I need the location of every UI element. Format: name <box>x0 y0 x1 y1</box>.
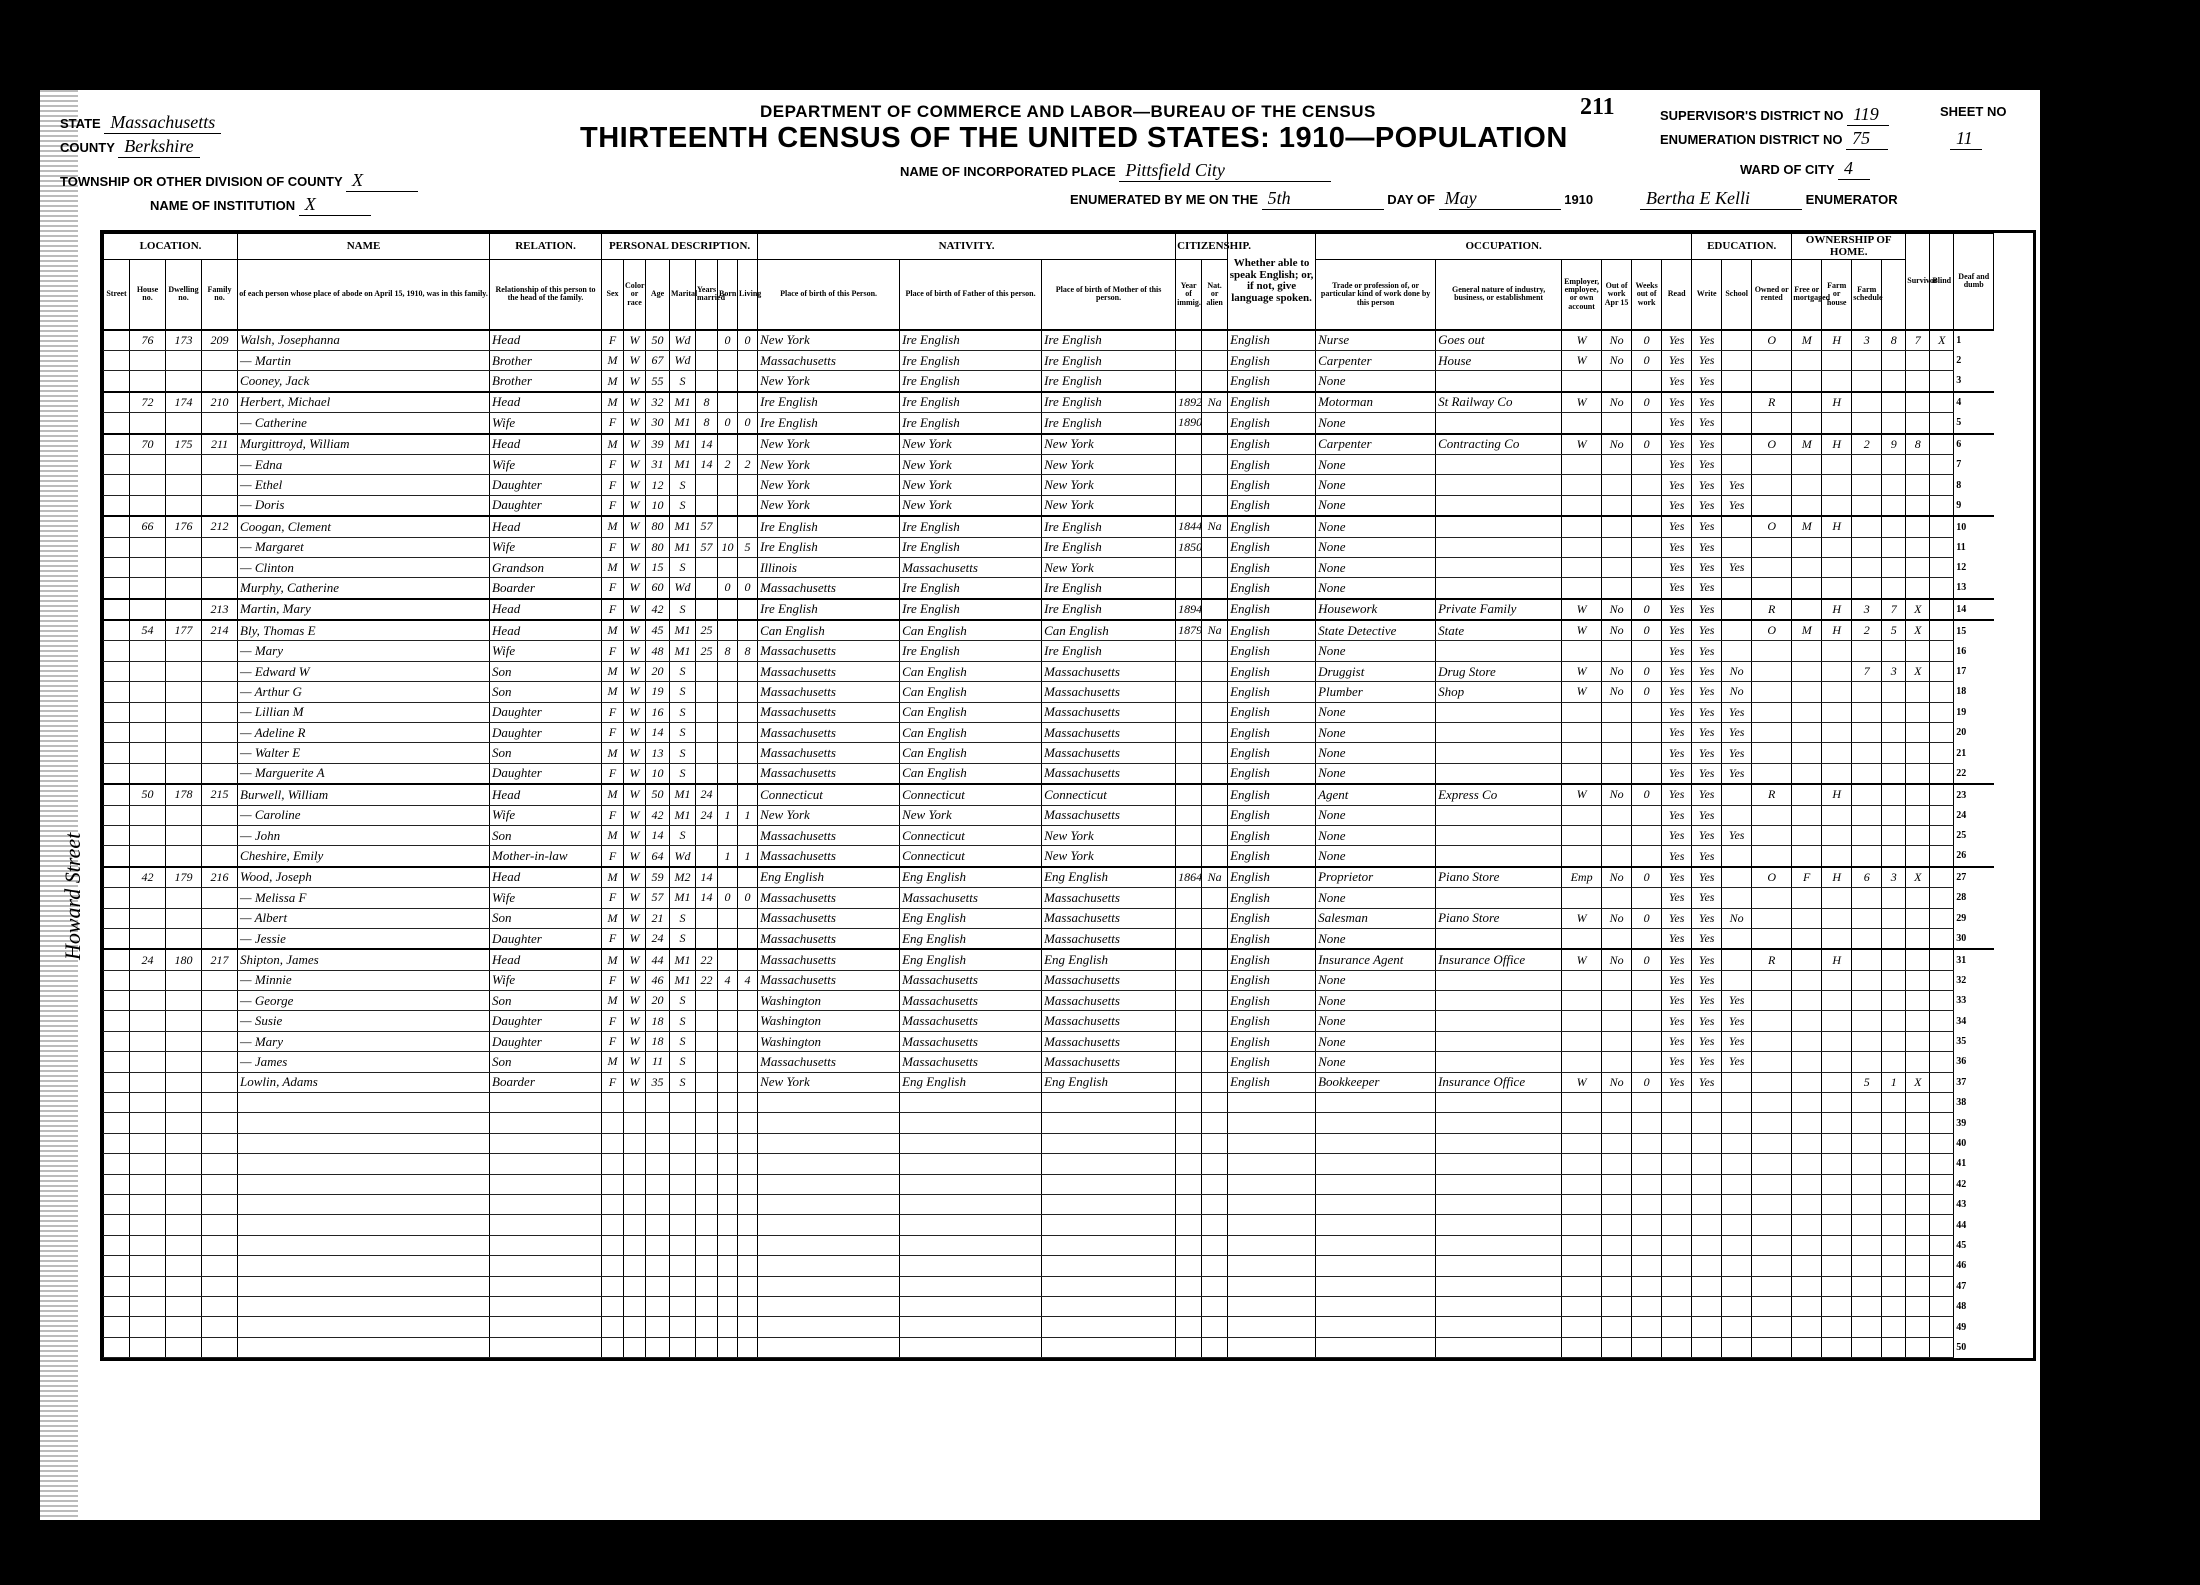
cell-class: Emp <box>1562 867 1602 888</box>
line-number: 24 <box>1954 805 1994 825</box>
cell-age: 57 <box>646 888 670 908</box>
cell-race: W <box>624 557 646 577</box>
cell-immig <box>1176 350 1202 370</box>
cell-lang: English <box>1228 537 1316 557</box>
cell-immig <box>1176 1337 1202 1357</box>
cell-write <box>1692 1337 1722 1357</box>
cell-read: Yes <box>1662 682 1692 702</box>
cell-nat <box>1202 1296 1228 1316</box>
cell-c33 <box>1930 763 1954 784</box>
cell-house <box>130 578 166 599</box>
cell-born <box>718 723 738 743</box>
cell-nat <box>1202 1052 1228 1072</box>
cell-mother: New York <box>1042 825 1176 845</box>
cell-years: 8 <box>696 413 718 434</box>
state-field: STATE Massachusetts <box>60 112 221 134</box>
cell-born <box>718 1011 738 1031</box>
cell-free: F <box>1792 867 1822 888</box>
cell-family <box>202 371 238 392</box>
cell-immig <box>1176 1133 1202 1153</box>
line-number: 13 <box>1954 578 1994 599</box>
cell-trade: None <box>1316 723 1436 743</box>
cell-house <box>1822 970 1852 990</box>
line-number: 4 <box>1954 392 1994 413</box>
cell-born <box>718 1215 738 1235</box>
cell-father <box>900 1154 1042 1174</box>
cell-dwelling <box>166 846 202 867</box>
cell-living: 0 <box>738 413 758 434</box>
cell-house <box>130 743 166 763</box>
cell-c31: 5 <box>1882 620 1906 641</box>
cell-out <box>1602 1195 1632 1215</box>
table-row: 42179216Wood, JosephHeadMW59M214Eng Engl… <box>104 867 2034 888</box>
cell-trade: None <box>1316 763 1436 784</box>
cell-class <box>1562 641 1602 661</box>
cell-trade: Plumber <box>1316 682 1436 702</box>
cell-farm <box>1852 1337 1882 1357</box>
cell-immig <box>1176 578 1202 599</box>
cell-nat <box>1202 1031 1228 1051</box>
cell-sex: M <box>602 350 624 370</box>
cell-industry <box>1436 1031 1562 1051</box>
cell-c32 <box>1906 805 1930 825</box>
cell-farm <box>1852 557 1882 577</box>
cell-marital: Wd <box>670 578 696 599</box>
cell-own <box>1752 825 1792 845</box>
cell-write: Yes <box>1692 743 1722 763</box>
cell-living <box>738 682 758 702</box>
cell-relation: Daughter <box>490 475 602 495</box>
cell-family <box>202 1093 238 1113</box>
cell-street <box>104 702 130 722</box>
cell-school <box>1722 1093 1752 1113</box>
cell-write: Yes <box>1692 763 1722 784</box>
cell-out <box>1602 537 1632 557</box>
cell-race: W <box>624 475 646 495</box>
cell-farm <box>1852 1256 1882 1276</box>
cell-house <box>130 350 166 370</box>
cell-c31 <box>1882 846 1906 867</box>
cell-dwelling <box>166 825 202 845</box>
cell-lang <box>1228 1256 1316 1276</box>
cell-school <box>1722 392 1752 413</box>
cell-c33 <box>1930 784 1954 805</box>
cell-lang: English <box>1228 991 1316 1011</box>
cell-out <box>1602 1093 1632 1113</box>
cell-sex <box>602 1256 624 1276</box>
cell-father: Massachusetts <box>900 1011 1042 1031</box>
cell-free <box>1792 805 1822 825</box>
cell-c31 <box>1882 537 1906 557</box>
cell-c32 <box>1906 928 1930 949</box>
cell-race: W <box>624 908 646 928</box>
cell-relation <box>490 1113 602 1133</box>
cell-farm <box>1852 1235 1882 1255</box>
cell-born: 0 <box>718 578 738 599</box>
cell-marital <box>670 1113 696 1133</box>
cell-write: Yes <box>1692 661 1722 681</box>
cell-school <box>1722 1235 1752 1255</box>
cell-nat <box>1202 557 1228 577</box>
cell-trade: None <box>1316 557 1436 577</box>
cell-school <box>1722 434 1752 455</box>
line-number: 33 <box>1954 991 1994 1011</box>
cell-own <box>1752 641 1792 661</box>
table-row: 49 <box>104 1317 2034 1337</box>
cell-living: 0 <box>738 578 758 599</box>
cell-trade <box>1316 1256 1436 1276</box>
cell-street <box>104 743 130 763</box>
cell-father <box>900 1133 1042 1153</box>
cell-lang: English <box>1228 784 1316 805</box>
cell-out <box>1602 1317 1632 1337</box>
cell-immig <box>1176 1072 1202 1092</box>
table-row: 44 <box>104 1215 2034 1235</box>
cell-birth: Washington <box>758 1011 900 1031</box>
cell-c32: X <box>1906 620 1930 641</box>
cell-house <box>1822 825 1852 845</box>
cell-free <box>1792 392 1822 413</box>
cell-age: 14 <box>646 723 670 743</box>
cell-family <box>202 661 238 681</box>
cell-c31: 7 <box>1882 599 1906 620</box>
cell-years: 24 <box>696 805 718 825</box>
cell-family: 217 <box>202 949 238 970</box>
cell-marital: M1 <box>670 641 696 661</box>
cell-sex: M <box>602 371 624 392</box>
cell-birth: Massachusetts <box>758 928 900 949</box>
cell-own <box>1752 702 1792 722</box>
cell-trade: Motorman <box>1316 392 1436 413</box>
cell-out <box>1602 1337 1632 1357</box>
cell-house <box>1822 928 1852 949</box>
cell-write: Yes <box>1692 867 1722 888</box>
cell-mother: Ire English <box>1042 578 1176 599</box>
cell-sex: M <box>602 392 624 413</box>
cell-house <box>130 661 166 681</box>
cell-nat <box>1202 537 1228 557</box>
cell-family <box>202 991 238 1011</box>
cell-family <box>202 537 238 557</box>
col-trade: Trade or profession of, or particular ki… <box>1316 260 1436 330</box>
cell-sex: F <box>602 928 624 949</box>
cell-read: Yes <box>1662 475 1692 495</box>
cell-age <box>646 1296 670 1316</box>
cell-street <box>104 949 130 970</box>
cell-marital: M1 <box>670 454 696 474</box>
cell-read: Yes <box>1662 434 1692 455</box>
cell-mother: Massachusetts <box>1042 928 1176 949</box>
cell-father <box>900 1296 1042 1316</box>
cell-living <box>738 661 758 681</box>
cell-name: — Jessie <box>238 928 490 949</box>
cell-age: 18 <box>646 1031 670 1051</box>
page-number: 211 <box>1580 94 1615 121</box>
cell-nat <box>1202 1256 1228 1276</box>
cell-write <box>1692 1113 1722 1133</box>
cell-living <box>738 557 758 577</box>
cell-race: W <box>624 763 646 784</box>
table-row: 38 <box>104 1093 2034 1113</box>
cell-c33 <box>1930 371 1954 392</box>
cell-school <box>1722 1337 1752 1357</box>
cell-lang: English <box>1228 867 1316 888</box>
cell-birth: Illinois <box>758 557 900 577</box>
cell-relation: Boarder <box>490 578 602 599</box>
cell-race <box>624 1317 646 1337</box>
cell-trade: Agent <box>1316 784 1436 805</box>
cell-lang: English <box>1228 599 1316 620</box>
table-row: 43 <box>104 1195 2034 1215</box>
cell-out: No <box>1602 867 1632 888</box>
cell-marital: M1 <box>670 620 696 641</box>
cell-out <box>1602 1113 1632 1133</box>
cell-read: Yes <box>1662 846 1692 867</box>
cell-lang: English <box>1228 434 1316 455</box>
enumeration-district: ENUMERATION DISTRICT NO 75 <box>1660 128 1888 150</box>
cell-house: H <box>1822 784 1852 805</box>
cell-house <box>1822 702 1852 722</box>
cell-trade: None <box>1316 371 1436 392</box>
cell-read: Yes <box>1662 763 1692 784</box>
cell-write: Yes <box>1692 1072 1722 1092</box>
cell-nat <box>1202 825 1228 845</box>
cell-farm <box>1852 702 1882 722</box>
cell-mother <box>1042 1276 1176 1296</box>
cell-immig: 1879 <box>1176 620 1202 641</box>
cell-industry <box>1436 1276 1562 1296</box>
cell-free <box>1792 784 1822 805</box>
col-farm-schedule: Farm schedule <box>1852 260 1882 330</box>
cell-immig <box>1176 1031 1202 1051</box>
cell-sex <box>602 1133 624 1153</box>
cell-sex: F <box>602 970 624 990</box>
cell-dwelling <box>166 763 202 784</box>
cell-trade: None <box>1316 516 1436 537</box>
cell-c32: 7 <box>1906 330 1930 351</box>
line-number: 34 <box>1954 1011 1994 1031</box>
cell-read: Yes <box>1662 1052 1692 1072</box>
cell-house <box>130 1317 166 1337</box>
cell-name: — Doris <box>238 495 490 516</box>
cell-name <box>238 1133 490 1153</box>
col-marital: Marital <box>670 260 696 330</box>
cell-immig <box>1176 641 1202 661</box>
cell-sex: F <box>602 413 624 434</box>
cell-immig: 1892 <box>1176 392 1202 413</box>
cell-marital <box>670 1215 696 1235</box>
cell-father: Eng English <box>900 908 1042 928</box>
cell-read: Yes <box>1662 991 1692 1011</box>
cell-birth <box>758 1317 900 1337</box>
cell-born <box>718 867 738 888</box>
cell-marital: M1 <box>670 392 696 413</box>
cell-house <box>130 723 166 743</box>
cell-relation: Head <box>490 949 602 970</box>
enumeration-date: ENUMERATED BY ME ON THE 5th DAY OF May 1… <box>1070 188 1593 210</box>
cell-read <box>1662 1195 1692 1215</box>
line-number: 2 <box>1954 350 1994 370</box>
cell-trade: None <box>1316 1052 1436 1072</box>
cell-relation: Grandson <box>490 557 602 577</box>
cell-house <box>1822 1154 1852 1174</box>
cell-house <box>1822 1174 1852 1194</box>
line-number: 29 <box>1954 908 1994 928</box>
line-number: 44 <box>1954 1215 1994 1235</box>
cell-lang: English <box>1228 454 1316 474</box>
cell-race: W <box>624 495 646 516</box>
cell-read <box>1662 1215 1692 1235</box>
cell-marital: Wd <box>670 330 696 351</box>
cell-dwelling <box>166 1296 202 1316</box>
cell-living <box>738 1296 758 1316</box>
cell-school <box>1722 1113 1752 1133</box>
cell-dwelling <box>166 1235 202 1255</box>
cell-write <box>1692 1296 1722 1316</box>
line-number: 28 <box>1954 888 1994 908</box>
cell-c31 <box>1882 1052 1906 1072</box>
cell-father: Connecticut <box>900 784 1042 805</box>
cell-c32 <box>1906 1215 1930 1235</box>
cell-sex <box>602 1296 624 1316</box>
cell-sex <box>602 1215 624 1235</box>
cell-father <box>900 1174 1042 1194</box>
cell-lang <box>1228 1154 1316 1174</box>
cell-trade: None <box>1316 846 1436 867</box>
cell-c31: 9 <box>1882 434 1906 455</box>
cell-living <box>738 825 758 845</box>
cell-school: Yes <box>1722 1052 1752 1072</box>
cell-read: Yes <box>1662 702 1692 722</box>
cell-read: Yes <box>1662 454 1692 474</box>
table-row: — ClintonGrandsonMW15SIllinoisMassachuse… <box>104 557 2034 577</box>
cell-c32 <box>1906 908 1930 928</box>
cell-age: 39 <box>646 434 670 455</box>
cell-school: Yes <box>1722 743 1752 763</box>
cell-free <box>1792 661 1822 681</box>
cell-street <box>104 641 130 661</box>
cell-c31 <box>1882 392 1906 413</box>
cell-age: 13 <box>646 743 670 763</box>
cell-house: H <box>1822 330 1852 351</box>
cell-house <box>130 1235 166 1255</box>
cell-mother <box>1042 1337 1176 1357</box>
cell-age: 14 <box>646 825 670 845</box>
cell-relation <box>490 1235 602 1255</box>
cell-born <box>718 1154 738 1174</box>
cell-farm <box>1852 928 1882 949</box>
cell-house <box>1822 454 1852 474</box>
cell-relation <box>490 1296 602 1316</box>
cell-mother: Massachusetts <box>1042 682 1176 702</box>
cell-years <box>696 599 718 620</box>
cell-born: 1 <box>718 846 738 867</box>
cell-out <box>1602 516 1632 537</box>
cell-marital: S <box>670 763 696 784</box>
cell-sex <box>602 1154 624 1174</box>
cell-free <box>1792 1195 1822 1215</box>
cell-farm <box>1852 1093 1882 1113</box>
cell-family: 211 <box>202 434 238 455</box>
cell-house <box>1822 371 1852 392</box>
cell-years <box>696 1011 718 1031</box>
cell-write: Yes <box>1692 578 1722 599</box>
cell-relation: Head <box>490 516 602 537</box>
cell-years <box>696 1296 718 1316</box>
cell-class <box>1562 1133 1602 1153</box>
cell-marital: S <box>670 495 696 516</box>
cell-write: Yes <box>1692 330 1722 351</box>
cell-industry <box>1436 1052 1562 1072</box>
cell-family <box>202 928 238 949</box>
cell-relation <box>490 1154 602 1174</box>
cell-immig <box>1176 784 1202 805</box>
cell-out <box>1602 805 1632 825</box>
cell-race: W <box>624 661 646 681</box>
cell-read <box>1662 1296 1692 1316</box>
line-number: 16 <box>1954 641 1994 661</box>
cell-c32: X <box>1906 599 1930 620</box>
cell-nat <box>1202 1011 1228 1031</box>
cell-free <box>1792 1031 1822 1051</box>
cell-read: Yes <box>1662 867 1692 888</box>
sheet-letter: A <box>2070 120 2089 151</box>
cell-living: 8 <box>738 641 758 661</box>
cell-free <box>1792 1317 1822 1337</box>
cell-industry <box>1436 1011 1562 1031</box>
cell-lang: English <box>1228 413 1316 434</box>
cell-birth: Massachusetts <box>758 949 900 970</box>
cell-class <box>1562 557 1602 577</box>
cell-years <box>696 846 718 867</box>
table-row: 50 <box>104 1337 2034 1357</box>
cell-house <box>130 495 166 516</box>
col-free: Free or mortgaged <box>1792 260 1822 330</box>
cell-c31 <box>1882 1337 1906 1357</box>
cell-dwelling <box>166 1072 202 1092</box>
cell-farm <box>1852 1011 1882 1031</box>
cell-race: W <box>624 641 646 661</box>
cell-sex: F <box>602 805 624 825</box>
cell-read: Yes <box>1662 599 1692 620</box>
cell-school <box>1722 784 1752 805</box>
cell-read <box>1662 1154 1692 1174</box>
cell-free <box>1792 641 1822 661</box>
cell-industry: Shop <box>1436 682 1562 702</box>
cell-born <box>718 784 738 805</box>
cell-weeks <box>1632 475 1662 495</box>
cell-trade: None <box>1316 743 1436 763</box>
cell-relation: Brother <box>490 350 602 370</box>
cell-mother: Massachusetts <box>1042 970 1176 990</box>
line-number: 40 <box>1954 1133 1994 1153</box>
cell-years <box>696 495 718 516</box>
cell-c33 <box>1930 475 1954 495</box>
cell-weeks <box>1632 557 1662 577</box>
col-dwelling: Dwelling no. <box>166 260 202 330</box>
cell-free <box>1792 495 1822 516</box>
cell-years <box>696 578 718 599</box>
cell-relation: Wife <box>490 413 602 434</box>
line-number: 12 <box>1954 557 1994 577</box>
cell-free <box>1792 1235 1822 1255</box>
cell-out: No <box>1602 330 1632 351</box>
cell-lang: English <box>1228 557 1316 577</box>
cell-own <box>1752 805 1792 825</box>
cell-years: 14 <box>696 434 718 455</box>
cell-weeks <box>1632 1276 1662 1296</box>
cell-school <box>1722 970 1752 990</box>
